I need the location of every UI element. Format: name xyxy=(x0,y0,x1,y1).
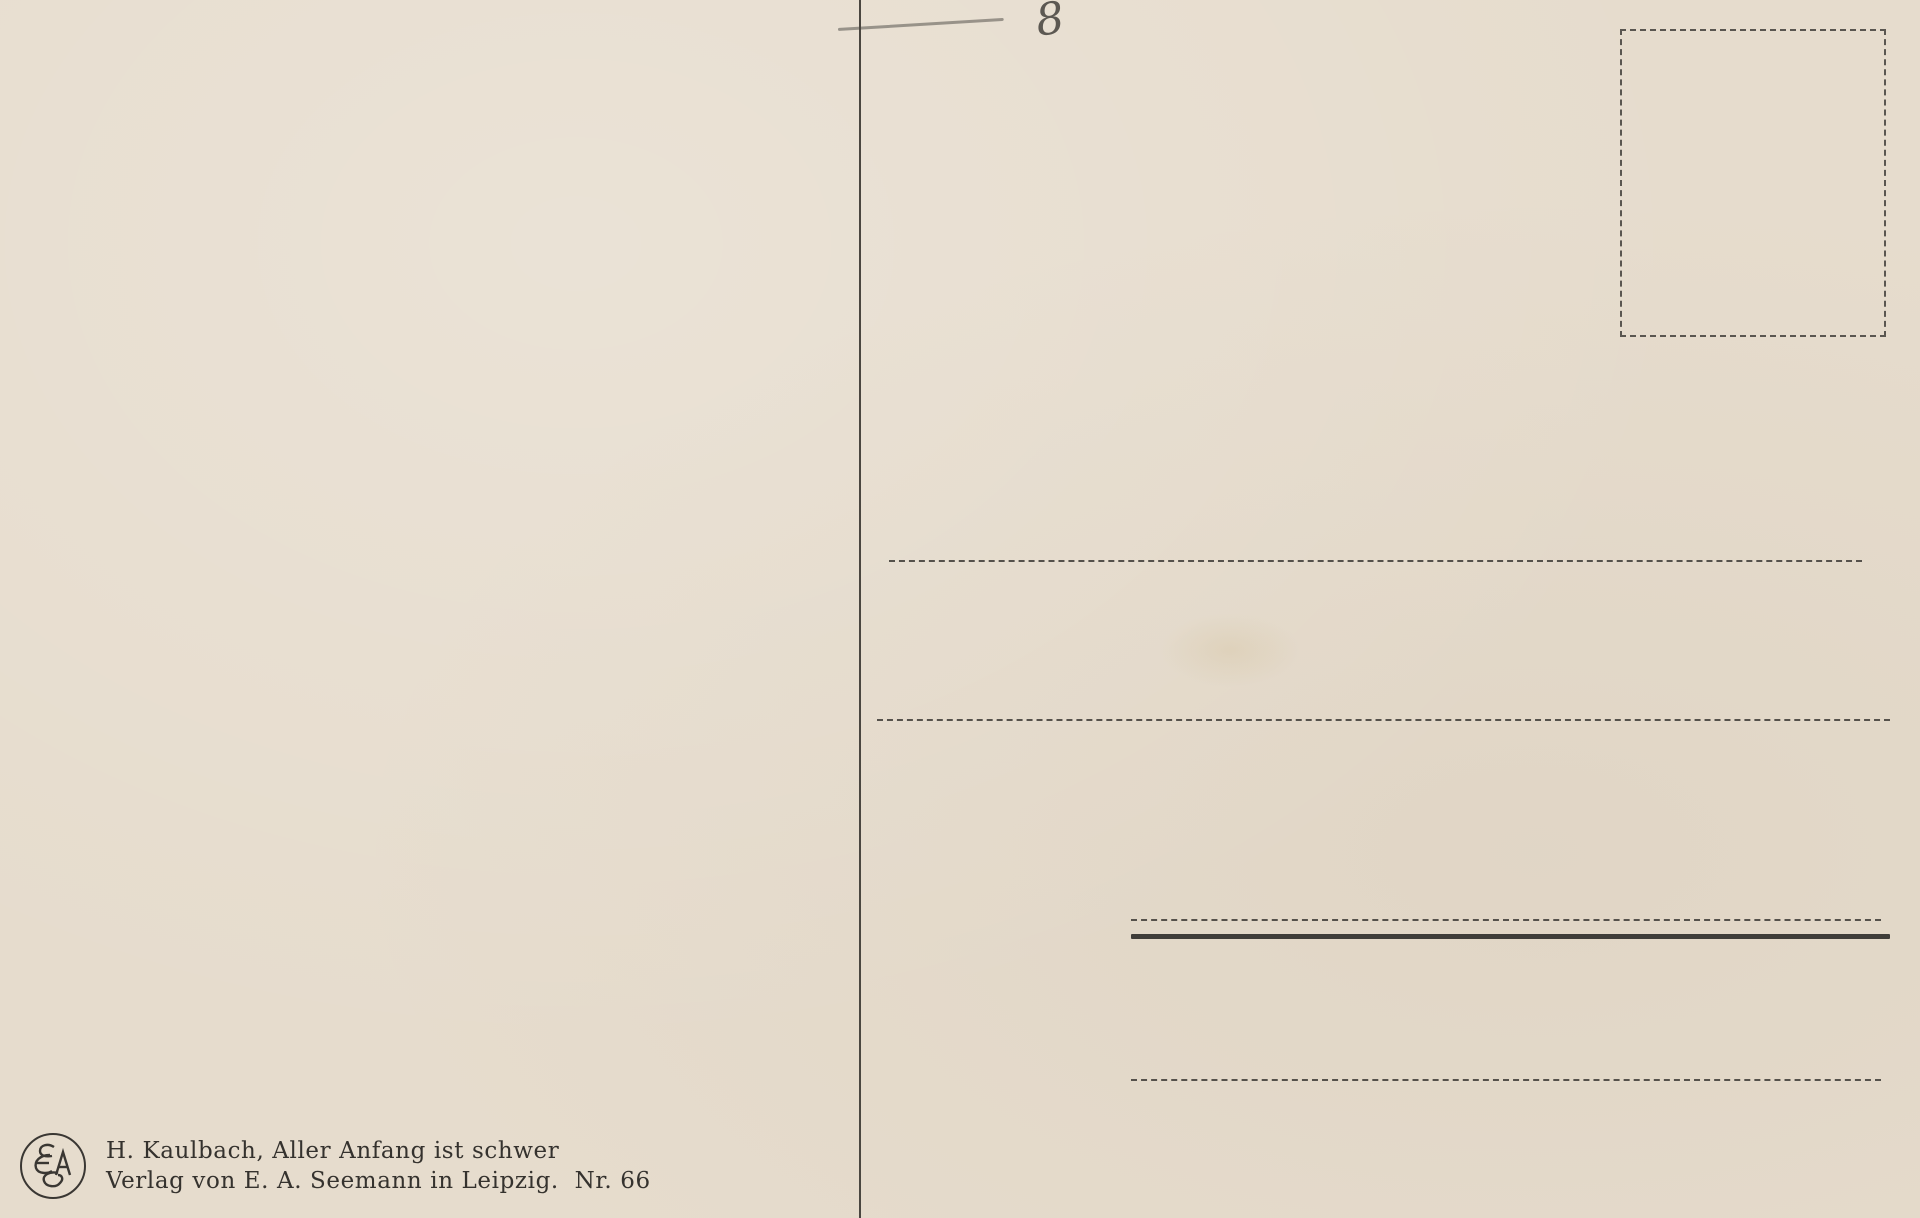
publisher-text: Verlag von E. A. Seemann in Leipzig. xyxy=(106,1168,559,1194)
address-line-4 xyxy=(1131,1079,1881,1081)
card-number: Nr. 66 xyxy=(575,1168,651,1194)
message-address-divider xyxy=(859,0,861,1218)
address-line-3 xyxy=(1131,919,1881,921)
stamp-box xyxy=(1620,29,1886,337)
address-line-solid xyxy=(1131,934,1890,939)
address-line-2 xyxy=(877,719,1890,721)
handwritten-number: 8 xyxy=(1033,0,1068,47)
esa-monogram-logo-icon xyxy=(20,1133,86,1199)
address-line-1 xyxy=(889,560,1862,562)
imprint-publisher-line: Verlag von E. A. Seemann in Leipzig. Nr.… xyxy=(106,1166,651,1196)
pencil-stroke-mark xyxy=(838,18,1004,31)
postcard-back: 8 H. Kaulbach, Aller Anfang ist schwer xyxy=(0,0,1920,1218)
imprint-title-line: H. Kaulbach, Aller Anfang ist schwer xyxy=(106,1136,651,1166)
publisher-imprint: H. Kaulbach, Aller Anfang ist schwer Ver… xyxy=(20,1133,651,1199)
